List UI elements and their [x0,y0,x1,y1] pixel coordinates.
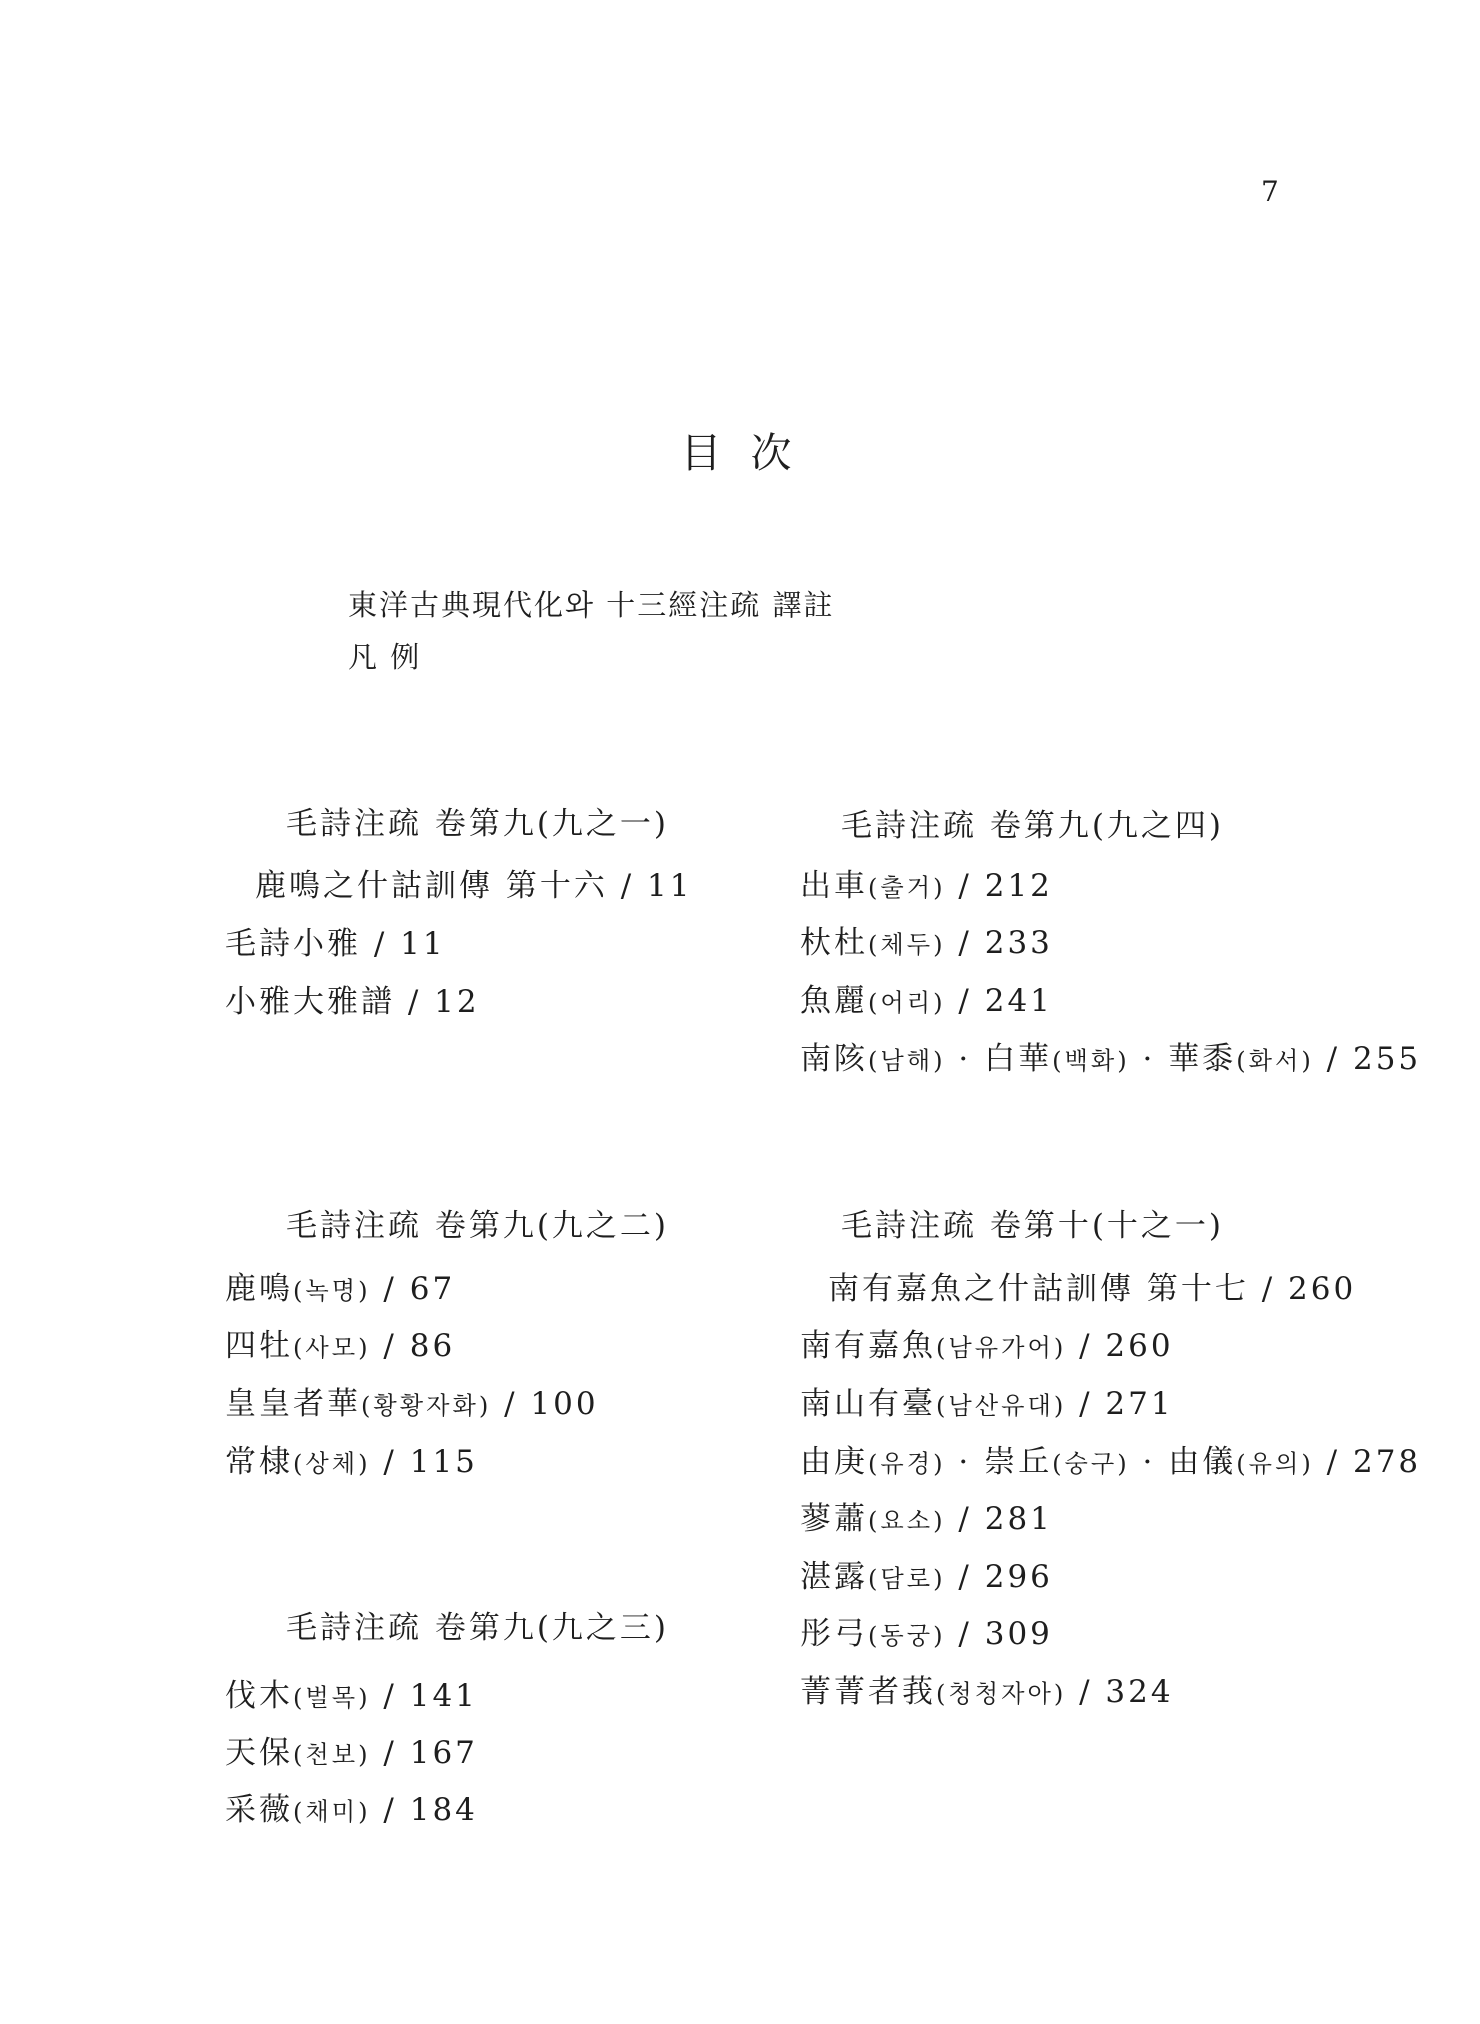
hangul-reading: (체두) [868,931,946,959]
hangul-reading: (황황자화) [361,1392,491,1420]
toc-entry: 蓼蕭(요소) / 281 [800,1502,1053,1538]
toc-entry: 常棣(상체) / 115 [225,1445,478,1481]
hangul-reading: (요소) [868,1507,946,1535]
toc-entry: 南有嘉魚(남유가어) / 260 [800,1329,1174,1365]
hangul-reading: (동궁) [868,1622,946,1650]
page-title: 目 次 [0,430,1480,477]
toc-entry: 湛露(담로) / 296 [800,1560,1053,1596]
page-number: 7 [1261,176,1280,208]
hangul-reading: (남산유대) [936,1392,1066,1420]
hangul-reading: (백화) [1052,1047,1130,1075]
toc-entry: 杕杜(체두) / 233 [800,926,1053,962]
toc-section-header: 毛詩注疏 卷第九(九之二) [225,1209,730,1245]
toc-entry: 伐木(벌목) / 141 [225,1679,478,1715]
hangul-reading: (남해) [868,1047,946,1075]
hangul-reading: (출거) [868,874,946,902]
hangul-reading: (남유가어) [936,1334,1066,1362]
toc-entry: 由庚(유경) · 崇丘(숭구) · 由儀(유의) / 278 [800,1445,1421,1481]
toc-entry: 南山有臺(남산유대) / 271 [800,1387,1174,1423]
hangul-reading: (유의) [1236,1450,1314,1478]
toc-page: { "page": { "number": "7", "title": "目 次… [0,0,1480,2024]
toc-entry: 小雅大雅譜 / 12 [225,985,480,1021]
hangul-reading: (화서) [1236,1047,1314,1075]
toc-section-header: 毛詩注疏 卷第九(九之四) [800,809,1265,845]
hangul-reading: (유경) [868,1450,946,1478]
toc-section-header: 毛詩注疏 卷第九(九之三) [225,1611,730,1647]
hangul-reading: (어리) [868,989,946,1017]
toc-entry: 魚麗(어리) / 241 [800,984,1053,1020]
hangul-reading: (녹명) [293,1277,371,1305]
toc-section-header: 毛詩注疏 卷第十(十之一) [800,1209,1265,1245]
hangul-reading: (청청자아) [936,1680,1066,1708]
toc-entry: 鹿鳴之什詁訓傳 第十六 / 11 [255,869,692,905]
toc-entry: 毛詩小雅 / 11 [225,927,446,963]
toc-entry: 鹿鳴(녹명) / 67 [225,1272,455,1308]
toc-entry: 彤弓(동궁) / 309 [800,1617,1053,1653]
hangul-reading: (숭구) [1052,1450,1130,1478]
intro-line-beomnye: 凡 例 [348,641,421,674]
hangul-reading: (사모) [293,1334,371,1362]
toc-entry: 四牡(사모) / 86 [225,1329,455,1365]
toc-section-header: 毛詩注疏 卷第九(九之一) [225,807,730,843]
toc-entry: 菁菁者莪(청청자아) / 324 [800,1675,1174,1711]
toc-entry: 皇皇者華(황황자화) / 100 [225,1387,599,1423]
hangul-reading: (채미) [293,1798,371,1826]
hangul-reading: (벌목) [293,1684,371,1712]
toc-entry: 南陔(남해) · 白華(백화) · 華黍(화서) / 255 [800,1042,1421,1078]
hangul-reading: (천보) [293,1741,371,1769]
toc-entry: 出車(출거) / 212 [800,869,1053,905]
hangul-reading: (담로) [868,1565,946,1593]
toc-entry: 采薇(채미) / 184 [225,1793,478,1829]
toc-entry: 南有嘉魚之什詁訓傳 第十七 / 260 [828,1272,1356,1308]
intro-line-series-title: 東洋古典現代化와 十三經注疏 譯註 [348,589,834,622]
toc-entry: 天保(천보) / 167 [225,1736,478,1772]
hangul-reading: (상체) [293,1450,371,1478]
